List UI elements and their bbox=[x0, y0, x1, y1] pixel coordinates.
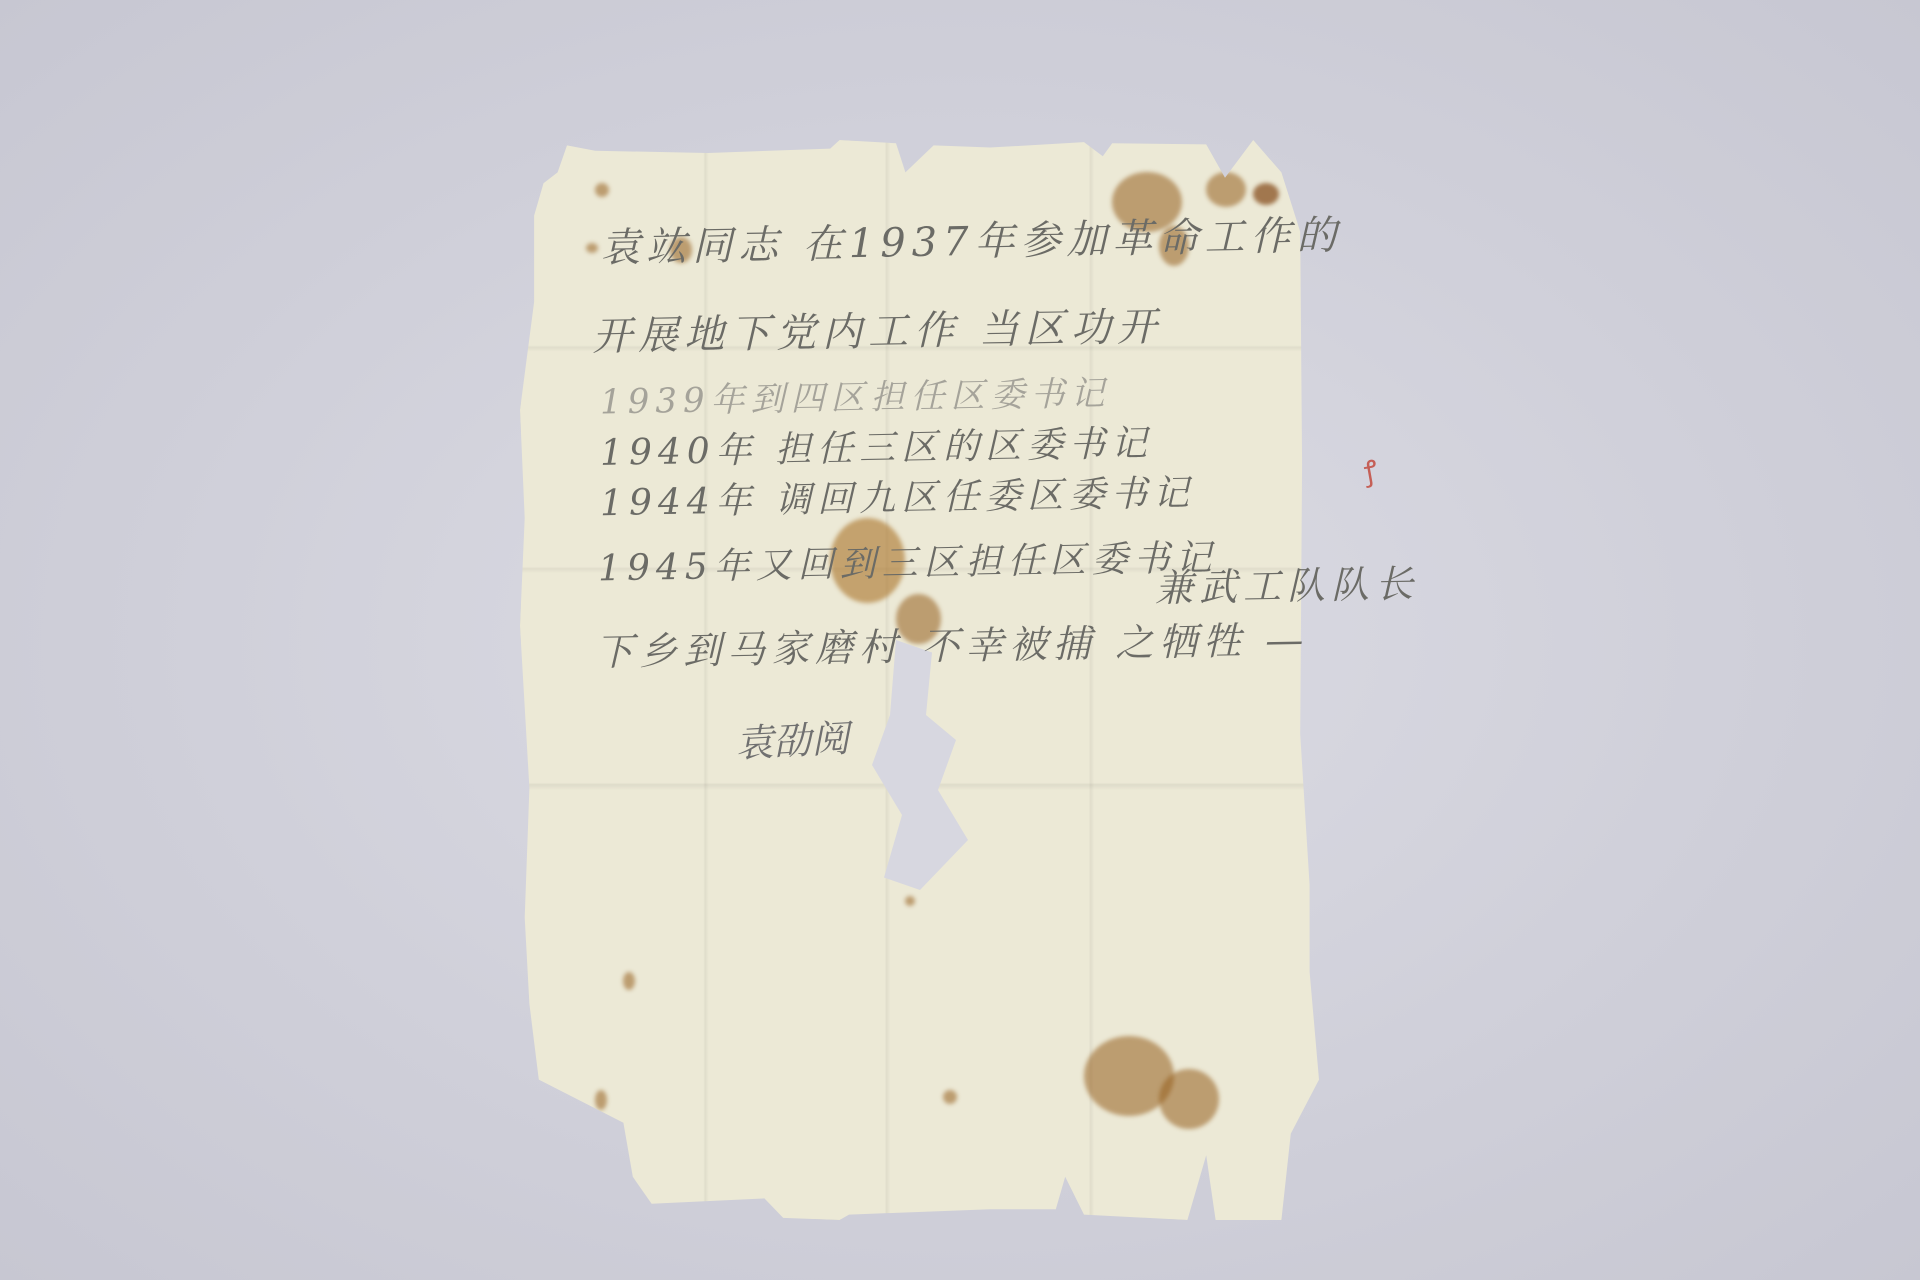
stain bbox=[595, 1090, 607, 1110]
stain bbox=[586, 243, 598, 253]
text-line-6: 1945年又回到三区担任区委书记 bbox=[598, 530, 1218, 592]
stain bbox=[1253, 183, 1279, 205]
text-line-5: 1944年 调回九区任委区委书记 bbox=[600, 465, 1196, 526]
red-ink-mark: ꝭ bbox=[1361, 448, 1399, 502]
stain bbox=[595, 183, 609, 197]
stain bbox=[943, 1090, 957, 1104]
stain bbox=[905, 896, 915, 906]
signature: 袁劭阅 bbox=[734, 707, 851, 768]
text-line-3: 1939年到四区担任区委书记 bbox=[600, 366, 1111, 424]
stain bbox=[1206, 172, 1246, 207]
text-line-2: 开展地下党内工作 当区功开 bbox=[592, 295, 1164, 362]
stain bbox=[623, 972, 635, 990]
stain bbox=[1159, 1069, 1219, 1129]
text-line-6b: 兼武工队队长 bbox=[1155, 553, 1420, 613]
